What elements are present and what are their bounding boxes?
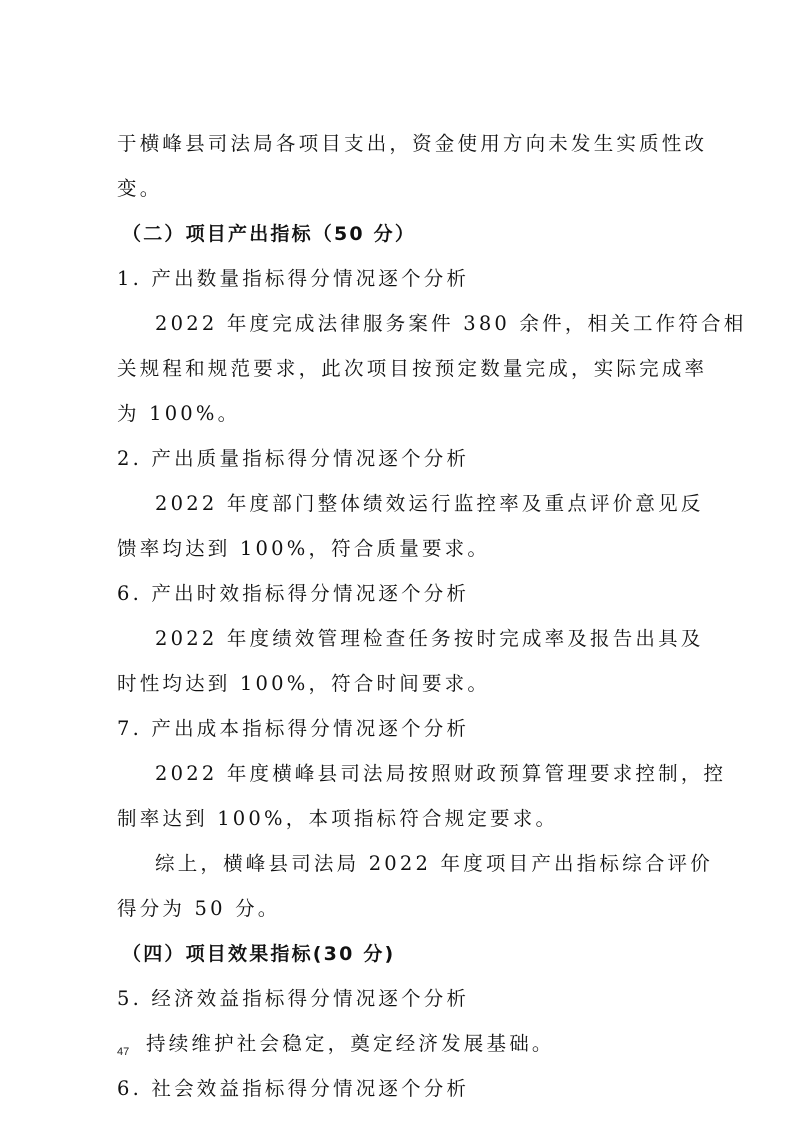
subsection-heading: 7. 产出成本指标得分情况逐个分析 bbox=[117, 717, 469, 741]
paragraph-line: 持续维护社会稳定，奠定经济发展基础。 bbox=[146, 1032, 555, 1056]
subsection-heading: 2. 产出质量指标得分情况逐个分析 bbox=[117, 447, 469, 471]
subsection-heading: 1. 产出数量指标得分情况逐个分析 bbox=[117, 267, 469, 291]
paragraph-line: 得分为 50 分。 bbox=[117, 897, 281, 921]
paragraph-line: 变。 bbox=[117, 177, 162, 201]
paragraph-line: 综上，横峰县司法局 2022 年度项目产出指标综合评价 bbox=[155, 852, 713, 876]
section-heading: （四）项目效果指标(30 分) bbox=[122, 942, 395, 966]
paragraph-line: 2022 年度横峰县司法局按照财政预算管理要求控制，控 bbox=[155, 762, 726, 786]
paragraph-line: 于横峰县司法局各项目支出，资金使用方向未发生实质性改 bbox=[117, 132, 707, 156]
paragraph-line: 2022 年度部门整体绩效运行监控率及重点评价意见反 bbox=[155, 492, 704, 516]
paragraph-line: 2022 年度绩效管理检查任务按时完成率及报告出具及 bbox=[155, 627, 704, 651]
subsection-heading: 6. 产出时效指标得分情况逐个分析 bbox=[117, 582, 469, 606]
subsection-heading: 5. 经济效益指标得分情况逐个分析 bbox=[117, 987, 469, 1011]
paragraph-line: 2022 年度完成法律服务案件 380 余件，相关工作符合相 bbox=[155, 312, 746, 336]
section-heading: （二）项目产出指标（50 分） bbox=[122, 222, 416, 246]
subsection-heading: 6. 社会效益指标得分情况逐个分析 bbox=[117, 1077, 469, 1101]
paragraph-line: 关规程和规范要求，此次项目按预定数量完成，实际完成率 bbox=[117, 357, 707, 381]
paragraph-line: 制率达到 100%，本项指标符合规定要求。 bbox=[117, 807, 558, 831]
paragraph-line: 时性均达到 100%，符合时间要求。 bbox=[117, 672, 490, 696]
paragraph-line: 为 100%。 bbox=[117, 402, 240, 426]
paragraph-line: 馈率均达到 100%，符合质量要求。 bbox=[117, 537, 490, 561]
page-number: 47 bbox=[117, 1046, 129, 1058]
